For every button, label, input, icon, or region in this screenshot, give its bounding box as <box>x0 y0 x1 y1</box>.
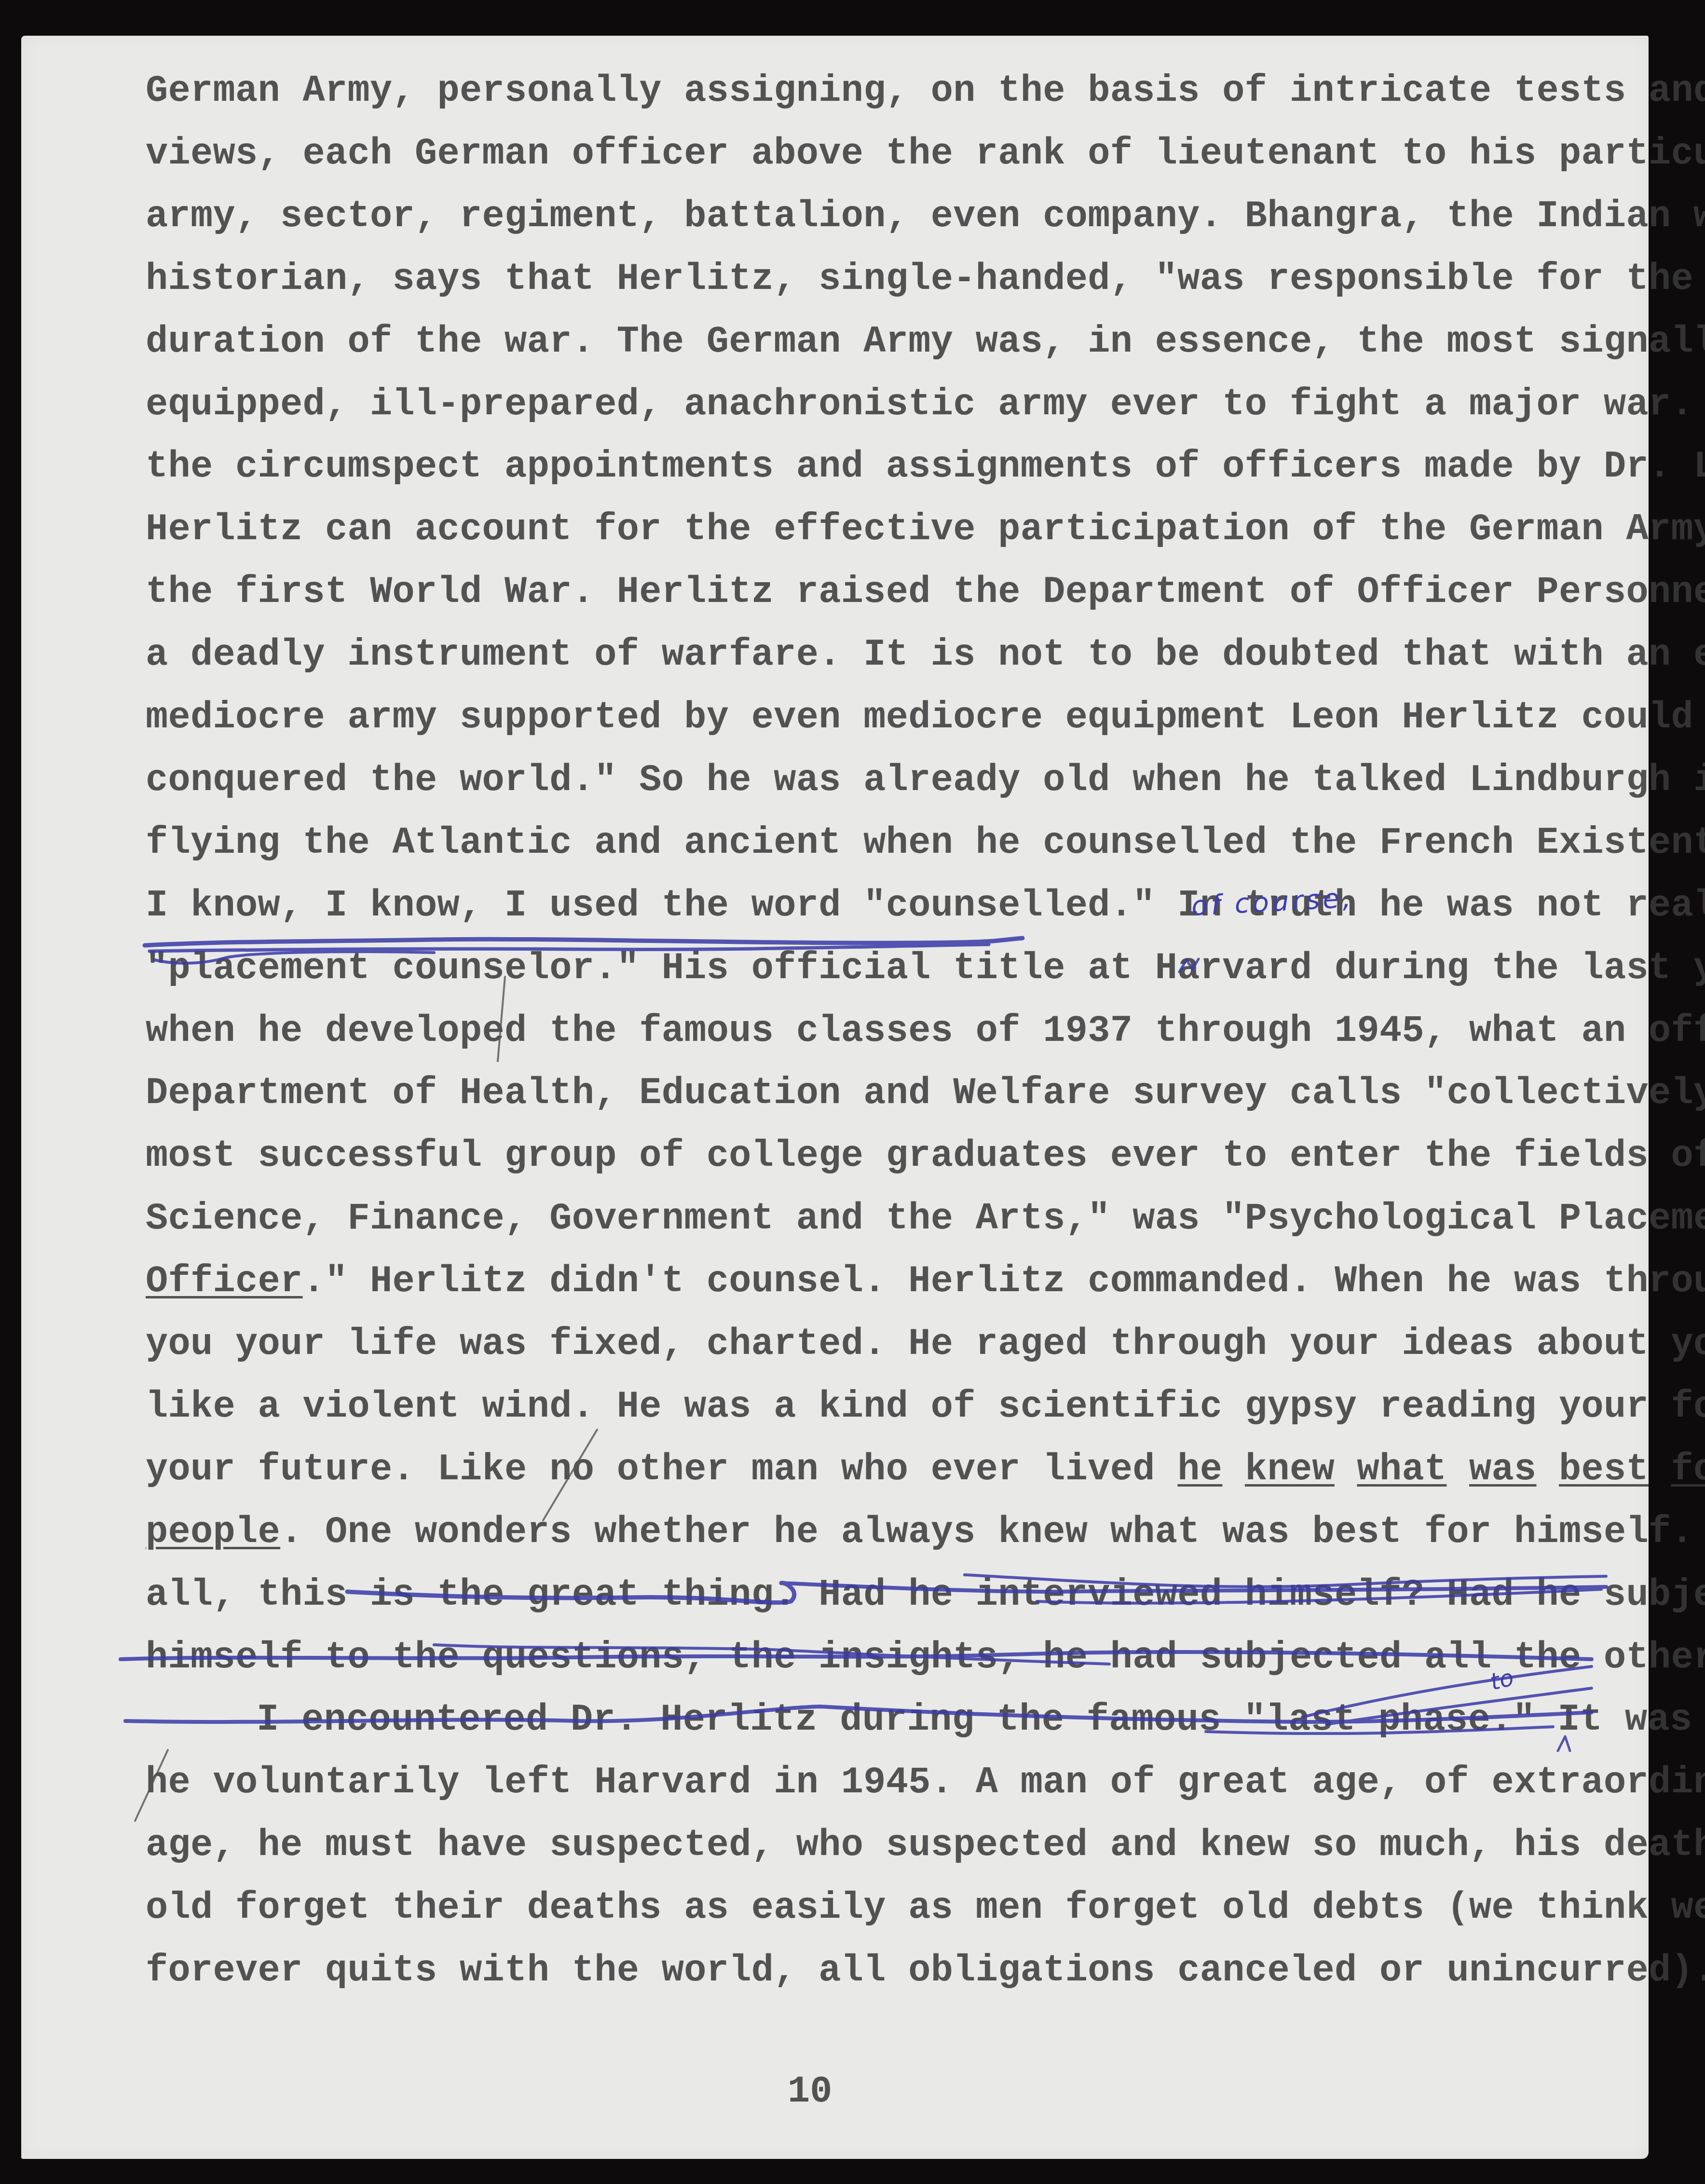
text-line: flying the Atlantic and ancient when he … <box>146 825 1705 862</box>
line-text: the first World War. Herlitz raised the … <box>146 572 1705 614</box>
line-text: Herlitz can account for the effective pa… <box>146 509 1705 551</box>
text-line: "placement counselor." His official titl… <box>146 950 1705 987</box>
text-line: the circumspect appointments and assignm… <box>146 449 1705 486</box>
underlined-text: for <box>1671 1449 1705 1491</box>
text-line: views, each German officer above the ran… <box>146 136 1705 173</box>
text-line: people. One wonders whether he always kn… <box>146 1514 1705 1551</box>
line-text: the circumspect appointments and assignm… <box>146 446 1705 488</box>
line-text: flying the Atlantic and ancient when he … <box>146 822 1705 864</box>
line-text: your future. Like no other man who ever … <box>146 1449 1177 1491</box>
text-line: Officer." Herlitz didn't counsel. Herlit… <box>146 1263 1705 1300</box>
text-line: conquered the world." So he was already … <box>146 762 1705 799</box>
line-text: views, each German officer above the ran… <box>146 133 1705 175</box>
text-line: the first World War. Herlitz raised the … <box>146 574 1705 611</box>
line-text: Department of Health, Education and Welf… <box>146 1073 1705 1115</box>
text-line: he voluntarily left Harvard in 1945. A m… <box>146 1764 1705 1802</box>
line-text: you your life was fixed, charted. He rag… <box>146 1324 1705 1365</box>
underlined-text: best <box>1559 1449 1649 1491</box>
text-line: Science, Finance, Government and the Art… <box>146 1201 1705 1238</box>
line-text: German Army, personally assigning, on th… <box>146 70 1705 112</box>
line-text: most successful group of college graduat… <box>146 1135 1705 1177</box>
text-line: most successful group of college graduat… <box>146 1138 1705 1175</box>
line-text: duration of the war. The German Army was… <box>146 321 1705 363</box>
space <box>1537 1449 1559 1491</box>
text-line: duration of the war. The German Army was… <box>146 324 1705 361</box>
page-number: 10 <box>788 2071 832 2113</box>
space <box>1446 1449 1469 1491</box>
text-line: mediocre army supported by even mediocre… <box>146 699 1705 737</box>
line-text: a deadly instrument of warfare. It is no… <box>146 634 1705 676</box>
underlined-text: Officer <box>146 1261 303 1303</box>
underlined-text: what <box>1357 1449 1446 1491</box>
space <box>1335 1449 1357 1491</box>
text-line: Department of Health, Education and Welf… <box>146 1075 1705 1112</box>
space <box>1222 1449 1245 1491</box>
text-line: I encountered Dr. Herlitz during the fam… <box>257 1702 1705 1739</box>
text-line: forever quits with the world, all obliga… <box>146 1952 1705 1990</box>
line-text: . <box>280 1512 325 1554</box>
line-text: equipped, ill-prepared, anachronistic ar… <box>146 384 1705 426</box>
text-line: your future. Like no other man who ever … <box>146 1451 1705 1488</box>
struck-text: himself to the questions, the insights, … <box>146 1637 1705 1679</box>
text-line: I know, I know, I used the word "counsel… <box>146 887 1705 925</box>
text-line: you your life was fixed, charted. He rag… <box>146 1326 1705 1363</box>
underlined-text: knew <box>1245 1449 1335 1491</box>
text-line: a deadly instrument of warfare. It is no… <box>146 637 1705 674</box>
text-line: Herlitz can account for the effective pa… <box>146 511 1705 548</box>
text-line: equipped, ill-prepared, anachronistic ar… <box>146 386 1705 423</box>
line-text: Science, Finance, Government and the Art… <box>146 1198 1705 1240</box>
text-line: when he developed the famous classes of … <box>146 1013 1705 1050</box>
text-line: old forget their deaths as easily as men… <box>146 1890 1705 1927</box>
space <box>1649 1449 1671 1491</box>
text-line: historian, says that Herlitz, single-han… <box>146 261 1705 298</box>
line-text: historian, says that Herlitz, single-han… <box>146 259 1705 300</box>
line-text: mediocre army supported by even mediocre… <box>146 697 1705 739</box>
line-text: forever quits with the world, all obliga… <box>146 1950 1705 1992</box>
line-text: I encountered Dr. Herlitz during the fam… <box>257 1699 1705 1741</box>
line-text: he voluntarily left Harvard in 1945. A m… <box>146 1762 1705 1804</box>
line-text: ." Herlitz didn't counsel. Herlitz comma… <box>303 1261 1705 1303</box>
struck-text: all, this is the great thing. Had he int… <box>146 1574 1705 1616</box>
struck-text: One wonders whether he always knew what … <box>325 1512 1705 1554</box>
underlined-text: was <box>1469 1449 1537 1491</box>
text-line: age, he must have suspected, who suspect… <box>146 1827 1705 1864</box>
line-text: army, sector, regiment, battalion, even … <box>146 196 1705 238</box>
line-text: conquered the world." So he was already … <box>146 760 1705 802</box>
line-text: "placement counselor." His official titl… <box>146 948 1705 990</box>
text-line: all, this is the great thing. Had he int… <box>146 1577 1705 1614</box>
line-text: like a violent wind. He was a kind of sc… <box>146 1386 1705 1428</box>
line-text: old forget their deaths as easily as men… <box>146 1887 1705 1929</box>
line-text: age, he must have suspected, who suspect… <box>146 1825 1705 1867</box>
struck-text: I know, I know, I used the word "counsel… <box>146 885 1155 927</box>
underlined-text: people <box>146 1512 280 1554</box>
line-text: when he developed the famous classes of … <box>146 1010 1705 1052</box>
text-line: army, sector, regiment, battalion, even … <box>146 198 1705 235</box>
underlined-text: he <box>1177 1449 1222 1491</box>
text-line: like a violent wind. He was a kind of sc… <box>146 1389 1705 1426</box>
text-line: German Army, personally assigning, on th… <box>146 73 1705 110</box>
text-line: himself to the questions, the insights, … <box>146 1639 1705 1677</box>
